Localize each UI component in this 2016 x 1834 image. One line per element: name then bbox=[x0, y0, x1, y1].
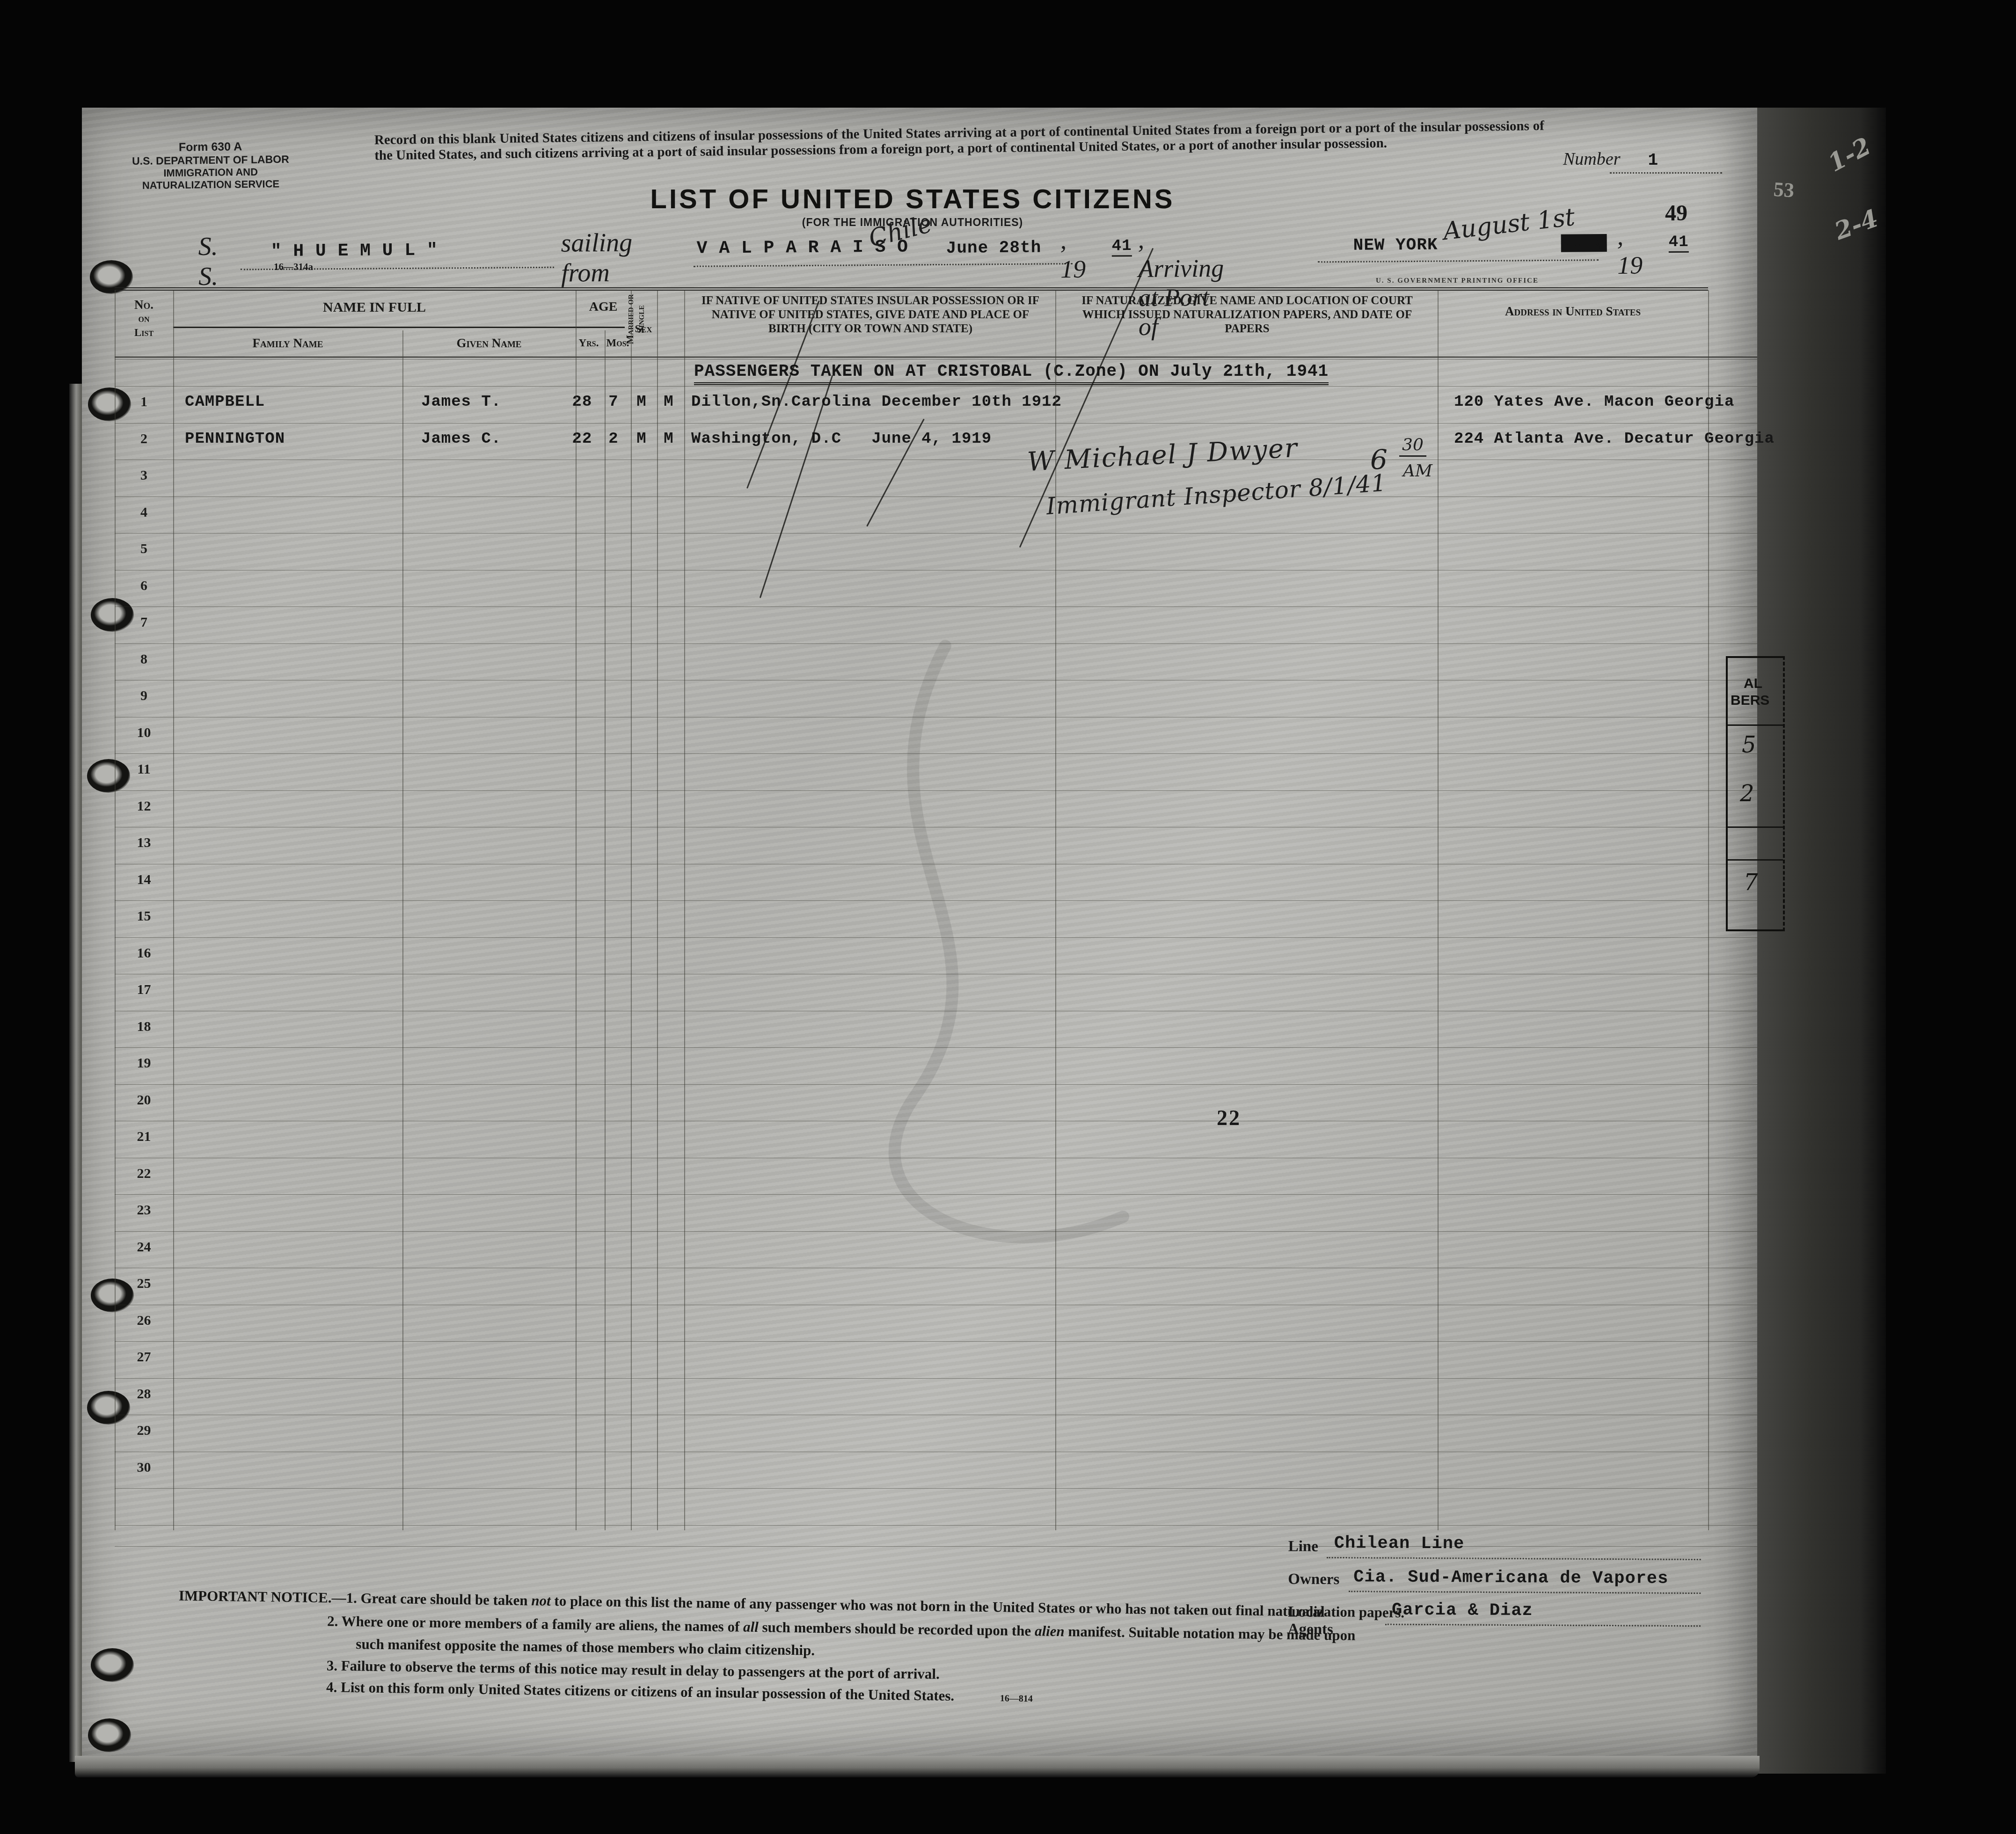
row-number: 30 bbox=[115, 1460, 173, 1476]
cell-sex: M bbox=[628, 393, 655, 411]
sailing-date: June 28th bbox=[946, 238, 1042, 257]
grid-vline bbox=[576, 290, 577, 1530]
col-head-birth: IF NATIVE OF UNITED STATES INSULAR POSSE… bbox=[693, 294, 1048, 336]
row-number: 28 bbox=[115, 1386, 173, 1402]
row-number: 15 bbox=[115, 908, 173, 924]
scanned-manifest-page: Form 630 A U.S. DEPARTMENT OF LABOR IMMI… bbox=[0, 0, 2016, 1834]
page-edge-strip bbox=[1757, 108, 1886, 1774]
row-number: 8 bbox=[115, 651, 173, 667]
grid-vline bbox=[1708, 290, 1709, 1530]
owners-value: Cia. Sud-Americana de Vapores bbox=[1353, 1567, 1668, 1589]
grid-vline bbox=[402, 330, 403, 1530]
table-row: 30 bbox=[115, 1452, 1757, 1489]
page-title: LIST OF UNITED STATES CITIZENS bbox=[585, 183, 1240, 215]
stamp-box-fragment: AL bbox=[1744, 676, 1762, 692]
cell-address: 224 Atlanta Ave. Decatur Georgia bbox=[1454, 430, 1728, 448]
cell-given: James C. bbox=[421, 430, 576, 448]
stamp-box-value: 7 bbox=[1744, 870, 1758, 896]
stamp-box-fragment: BERS bbox=[1731, 693, 1769, 709]
banner-row: PASSENGERS TAKEN ON AT CRISTOBAL (C.Zone… bbox=[115, 360, 1757, 387]
margin-number: 53 bbox=[1773, 177, 1795, 203]
gpo-imprint: U. S. GOVERNMENT PRINTING OFFICE bbox=[1376, 277, 1539, 285]
hole-punch bbox=[91, 1648, 134, 1682]
col-head-yrs: Yrs. bbox=[573, 337, 605, 349]
grid-vline bbox=[173, 290, 174, 1530]
grid-vline bbox=[631, 290, 632, 1530]
banner-text: PASSENGERS TAKEN ON AT CRISTOBAL (C.Zone… bbox=[694, 362, 1329, 385]
grid-vline bbox=[657, 290, 658, 1530]
row-number: 9 bbox=[115, 688, 173, 704]
cell-family: PENNINGTON bbox=[185, 430, 409, 448]
handwritten-time-hour: 6 bbox=[1370, 444, 1388, 475]
table-row: 1CAMPBELLJames T.287MMDillon,Sn.Carolina… bbox=[115, 387, 1757, 424]
row-number: 13 bbox=[115, 835, 173, 851]
faint-pencil-scrawl bbox=[702, 608, 1357, 1404]
cell-married: M bbox=[656, 430, 682, 448]
row-number: 10 bbox=[115, 725, 173, 741]
ss-label: S. S. bbox=[198, 232, 218, 292]
stamp-box-divider bbox=[1728, 859, 1783, 861]
header-bottom-rule-2 bbox=[115, 359, 1757, 359]
row-number: 17 bbox=[115, 982, 173, 998]
edge-stamp-box: AL BERS 5 2 7 bbox=[1726, 656, 1785, 931]
col-head-address: Address in United States bbox=[1438, 304, 1708, 319]
grid-vline bbox=[605, 330, 606, 1530]
row-number: 27 bbox=[115, 1349, 173, 1365]
ship-name: " H U E M U L " bbox=[271, 240, 438, 261]
cell-address: 120 Yates Ave. Macon Georgia bbox=[1454, 393, 1728, 411]
col-head-name-in-full: NAME IN FULL bbox=[173, 300, 576, 315]
row-number: 11 bbox=[115, 761, 173, 777]
line-value: Chilean Line bbox=[1334, 1534, 1465, 1554]
table-row: 2PENNINGTONJames C.222MMWashington, D.C … bbox=[115, 424, 1757, 460]
cell-given: James T. bbox=[421, 393, 576, 411]
line-label: Line bbox=[1288, 1538, 1318, 1555]
row-number: 4 bbox=[115, 504, 173, 520]
arrival-year-printed: , 19 bbox=[1617, 222, 1643, 280]
number-label: Number bbox=[1563, 149, 1620, 169]
year-printed: , 19 bbox=[1060, 226, 1086, 284]
page-bottom-curl bbox=[75, 1756, 1760, 1777]
row-number: 21 bbox=[115, 1129, 173, 1145]
col-head-given-name: Given Name bbox=[402, 336, 576, 351]
row-number: 22 bbox=[115, 1166, 173, 1182]
page-number-stamp: 49 bbox=[1665, 200, 1687, 226]
row-number: 25 bbox=[115, 1276, 173, 1292]
col-head-naturalization: IF NATURALIZED, GIVE NAME AND LOCATION O… bbox=[1072, 294, 1423, 336]
owners-label: Owners bbox=[1288, 1571, 1339, 1588]
table-row bbox=[115, 1526, 1757, 1547]
page-stack-edge bbox=[69, 384, 82, 1762]
table-row: 4 bbox=[115, 497, 1757, 534]
number-line: Number 1 bbox=[1563, 149, 1658, 170]
stamp-box-divider bbox=[1728, 826, 1783, 828]
name-group-rule bbox=[173, 327, 625, 328]
agency-line: U.S. DEPARTMENT OF LABOR bbox=[126, 153, 295, 168]
table-row bbox=[115, 1489, 1757, 1526]
table-row: 3 bbox=[115, 460, 1757, 497]
handwritten-time-ampm: AM bbox=[1400, 461, 1432, 481]
stamp-box-divider bbox=[1728, 724, 1783, 726]
row-number: 23 bbox=[115, 1202, 173, 1218]
agency-line: NATURALIZATION SERVICE bbox=[126, 178, 295, 192]
row-number: 20 bbox=[115, 1092, 173, 1108]
number-rule bbox=[1610, 172, 1722, 174]
row-number: 14 bbox=[115, 872, 173, 888]
cell-sex: M bbox=[628, 430, 655, 448]
row-number: 18 bbox=[115, 1019, 173, 1035]
agency-block: Form 630 A U.S. DEPARTMENT OF LABOR IMMI… bbox=[126, 139, 295, 192]
header-bottom-rule bbox=[115, 357, 1757, 358]
row-number: 7 bbox=[115, 614, 173, 630]
row-number: 29 bbox=[115, 1423, 173, 1439]
cell-married: M bbox=[656, 393, 682, 411]
number-value: 1 bbox=[1648, 151, 1658, 170]
cell-birth: Washington, D.C June 4, 1919 bbox=[691, 430, 1063, 448]
row-number: 6 bbox=[115, 578, 173, 594]
table-row: 5 bbox=[115, 533, 1757, 570]
cell-yrs: 28 bbox=[568, 393, 597, 411]
stamp-box-value: 2 bbox=[1740, 781, 1754, 807]
row-number: 1 bbox=[115, 394, 173, 410]
row-number: 16 bbox=[115, 945, 173, 961]
row-number: 24 bbox=[115, 1239, 173, 1255]
table-row: 6 bbox=[115, 570, 1757, 607]
row-number: 19 bbox=[115, 1055, 173, 1071]
struck-out-word: July bbox=[1561, 234, 1607, 252]
form-number-line: Form 630 A bbox=[126, 139, 294, 155]
plate-number-bottom: 16—814 bbox=[1000, 1693, 1033, 1704]
row-number: 26 bbox=[115, 1313, 173, 1329]
row-number: 3 bbox=[115, 468, 173, 483]
header-top-rule bbox=[115, 287, 1708, 291]
row-number: 5 bbox=[115, 541, 173, 557]
sailing-year: 41 bbox=[1112, 237, 1132, 256]
grid-vline bbox=[115, 290, 116, 1530]
col-head-age: AGE bbox=[576, 300, 631, 314]
mid-page-stamp: 22 bbox=[1217, 1105, 1241, 1130]
agents-value: Garcia & Diaz bbox=[1392, 1600, 1533, 1621]
col-head-family-name: Family Name bbox=[173, 336, 402, 351]
row-number: 2 bbox=[115, 431, 173, 447]
handwritten-time-minutes: 30 bbox=[1399, 435, 1426, 457]
stamp-box-value: 5 bbox=[1742, 732, 1756, 758]
grid-vline bbox=[1438, 290, 1439, 1530]
row-number: 12 bbox=[115, 798, 173, 814]
arrival-year: 41 bbox=[1669, 234, 1689, 253]
cell-birth: Dillon,Sn.Carolina December 10th 1912 bbox=[691, 393, 1063, 411]
hole-punch bbox=[88, 1718, 131, 1752]
sailing-from-label: sailing from bbox=[561, 228, 632, 288]
arrival-port: NEW YORK bbox=[1353, 235, 1438, 255]
grid-vline bbox=[684, 290, 685, 1530]
plate-number-top: 16—314a bbox=[274, 261, 313, 273]
cell-family: CAMPBELL bbox=[185, 393, 409, 411]
col-head-no: No. on List bbox=[115, 298, 173, 340]
table-row: 29 bbox=[115, 1415, 1757, 1452]
cell-yrs: 22 bbox=[568, 430, 597, 448]
